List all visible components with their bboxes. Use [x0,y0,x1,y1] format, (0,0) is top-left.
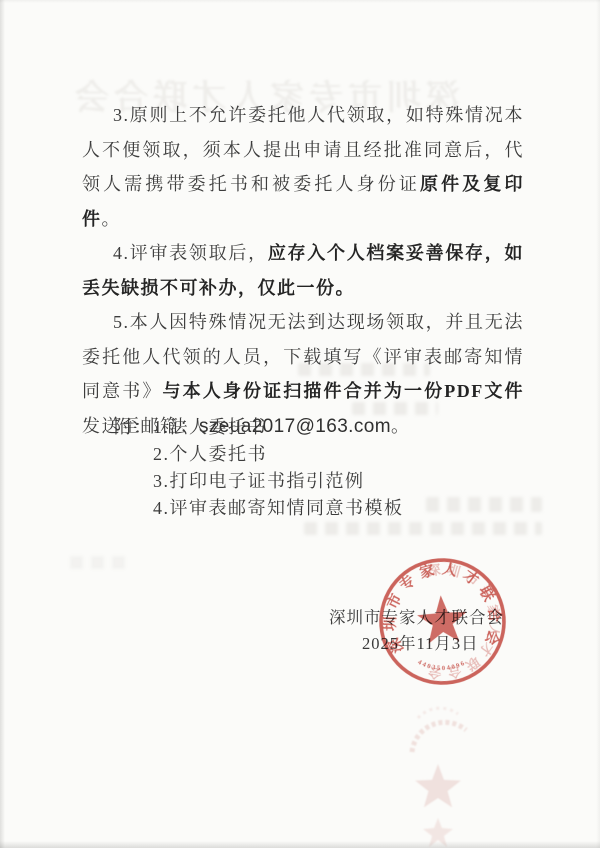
bleed-through-text [304,522,542,535]
paragraph-4-text: 4.评审表领取后， [113,243,268,263]
bleed-seal-arc [418,708,458,718]
bleed-star-icon [415,764,461,807]
attachment-item: 1.法人委托书 [153,414,404,441]
paragraph-4: 4.评审表领取后，应存入个人档案妥善保存，如丢失缺损不可补办，仅此一份。 [82,236,524,305]
bleed-through-text [426,497,542,512]
paragraph-5-bold: 与本人身份证扫描件合并为一份PDF文件 [163,381,525,401]
seal-star-icon [416,594,469,645]
scanned-document-page: 深圳市专家人才联合会 3.原则上不允许委托他人代领取，如特殊情况本人不便领取，须… [0,0,600,848]
paragraph-3: 3.原则上不允许委托他人代领取，如特殊情况本人不便领取，须本人提出申请且经批准同… [82,98,524,236]
official-seal: 深圳市专家人才联合会 深圳市专家人才联合会 4403504096 [372,551,514,693]
paragraph-3-end: 。 [102,209,122,229]
bleed-through-stamp [398,706,478,848]
attachment-item: 2.个人委托书 [153,441,404,468]
attachment-item: 4.评审表邮寄知情同意书模板 [153,495,404,522]
bleed-star-fragment-icon [423,818,453,847]
attachment-list: 附： 1.法人委托书 2.个人委托书 3.打印电子证书指引范例 4.评审表邮寄知… [114,414,404,522]
bleed-through-text [70,556,130,569]
bleed-seal-arc [412,722,466,752]
attachment-item: 3.打印电子证书指引范例 [153,468,404,495]
attachment-label: 附： [114,414,153,441]
document-body: 3.原则上不允许委托他人代领取，如特殊情况本人不便领取，须本人提出申请且经批准同… [82,98,524,444]
